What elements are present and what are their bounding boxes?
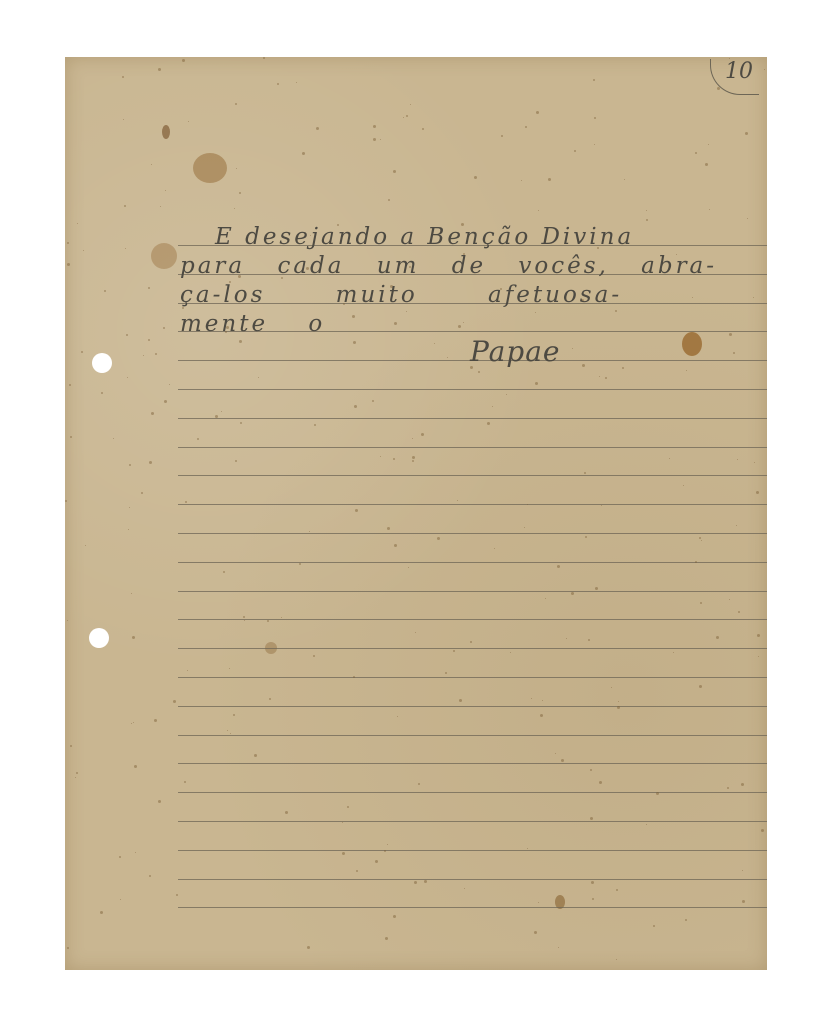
- speckle: [125, 248, 126, 249]
- speckle: [234, 208, 235, 209]
- speckle: [151, 412, 154, 415]
- speckle: [267, 620, 269, 622]
- punch-hole: [89, 628, 109, 648]
- speckle: [155, 353, 157, 355]
- speckle: [458, 325, 461, 328]
- speckle: [235, 460, 237, 462]
- speckle: [761, 829, 764, 832]
- speckle: [593, 79, 595, 81]
- speckle: [764, 69, 765, 70]
- speckle: [158, 68, 161, 71]
- ruled-line: [178, 389, 767, 390]
- stain: [162, 125, 170, 139]
- handwritten-line-2: para cada um de vocês, abra-: [180, 253, 717, 279]
- ruled-line: [178, 735, 767, 736]
- speckle: [756, 491, 759, 494]
- speckle: [594, 117, 596, 119]
- speckle: [69, 384, 71, 386]
- speckle: [314, 424, 316, 426]
- speckle: [124, 205, 126, 207]
- speckle: [184, 781, 186, 783]
- speckle: [354, 405, 357, 408]
- speckle: [616, 889, 618, 891]
- speckle: [406, 311, 407, 312]
- speckle: [302, 152, 305, 155]
- speckle: [388, 199, 390, 201]
- speckle: [535, 312, 536, 313]
- ruled-line: [178, 907, 767, 908]
- speckle: [129, 464, 131, 466]
- speckle: [747, 218, 748, 219]
- speckle: [457, 500, 458, 501]
- speckle: [70, 745, 72, 747]
- ruled-line: [178, 447, 767, 448]
- speckle: [230, 733, 231, 734]
- speckle: [571, 592, 574, 595]
- speckle: [76, 772, 78, 774]
- speckle: [501, 135, 503, 137]
- speckle: [387, 844, 388, 845]
- speckle: [699, 685, 702, 688]
- speckle: [695, 152, 697, 154]
- speckle: [148, 287, 150, 289]
- speckle: [590, 769, 592, 771]
- speckle: [574, 150, 576, 152]
- speckle: [605, 377, 607, 379]
- speckle: [406, 115, 408, 117]
- speckle: [67, 263, 70, 266]
- speckle: [692, 297, 693, 298]
- speckle: [695, 561, 697, 563]
- speckle: [342, 822, 343, 823]
- speckle: [418, 783, 420, 785]
- speckle: [342, 852, 345, 855]
- speckle: [470, 641, 472, 643]
- speckle: [708, 144, 709, 145]
- speckle: [599, 376, 600, 377]
- speckle: [128, 529, 129, 530]
- speckle: [165, 190, 166, 191]
- speckle: [67, 947, 69, 949]
- speckle: [277, 83, 279, 85]
- speckle: [355, 509, 358, 512]
- speckle: [424, 880, 427, 883]
- speckle: [753, 297, 754, 298]
- speckle: [353, 341, 356, 344]
- speckle: [727, 787, 729, 789]
- speckle: [422, 128, 424, 130]
- speckle: [558, 947, 559, 948]
- speckle: [239, 340, 242, 343]
- speckle: [239, 192, 241, 194]
- speckle: [646, 219, 648, 221]
- speckle: [410, 104, 411, 105]
- speckle: [375, 860, 378, 863]
- speckle: [729, 599, 730, 600]
- speckle: [525, 126, 527, 128]
- speckle: [506, 394, 507, 395]
- speckle: [745, 132, 748, 135]
- speckle: [372, 400, 374, 402]
- speckle: [584, 472, 586, 474]
- speckle: [742, 900, 745, 903]
- speckle: [132, 636, 135, 639]
- speckle: [412, 460, 414, 462]
- speckle: [149, 875, 151, 877]
- punch-hole: [92, 353, 112, 373]
- speckle: [397, 716, 398, 717]
- ruled-line: [178, 562, 767, 563]
- speckle: [686, 370, 687, 371]
- speckle: [85, 545, 86, 546]
- speckle: [258, 377, 259, 378]
- speckle: [536, 111, 539, 114]
- speckle: [313, 655, 315, 657]
- speckle: [393, 170, 396, 173]
- speckle: [673, 652, 674, 653]
- speckle: [447, 357, 448, 358]
- ruled-line: [178, 850, 767, 851]
- speckle: [599, 781, 602, 784]
- speckle: [699, 537, 701, 539]
- speckle: [611, 687, 612, 688]
- speckle: [296, 82, 297, 83]
- speckle: [624, 179, 625, 180]
- speckle: [754, 462, 755, 463]
- speckle: [685, 919, 687, 921]
- ruled-line: [178, 677, 767, 678]
- speckle: [601, 505, 602, 506]
- speckle: [221, 411, 222, 412]
- stain: [151, 243, 177, 269]
- speckle: [307, 946, 310, 949]
- speckle: [356, 870, 358, 872]
- speckle: [223, 571, 225, 573]
- handwritten-line-4: mente o: [180, 311, 325, 337]
- handwritten-line-1: E desejando a Benção Divina: [215, 224, 634, 250]
- speckle: [615, 310, 617, 312]
- ruled-line: [178, 591, 767, 592]
- speckle: [474, 176, 477, 179]
- speckle: [81, 351, 83, 353]
- speckle: [618, 701, 619, 702]
- speckle: [700, 602, 702, 604]
- speckle: [595, 587, 598, 590]
- ruled-line: [178, 879, 767, 880]
- speckle: [394, 544, 397, 547]
- speckle: [669, 458, 670, 459]
- speckle: [151, 164, 152, 165]
- speckle: [535, 382, 538, 385]
- speckle: [582, 364, 585, 367]
- speckle: [594, 144, 595, 145]
- speckle: [572, 348, 573, 349]
- speckle: [101, 392, 103, 394]
- speckle: [269, 698, 271, 700]
- speckle: [385, 937, 388, 940]
- speckle: [616, 959, 617, 960]
- speckle: [133, 722, 134, 723]
- speckle: [510, 652, 511, 653]
- speckle: [215, 415, 218, 418]
- speckle: [254, 754, 257, 757]
- speckle: [113, 438, 114, 439]
- speckle: [244, 620, 245, 621]
- speckle: [233, 714, 235, 716]
- speckle: [653, 925, 655, 927]
- speckle: [131, 723, 132, 724]
- speckle: [738, 611, 740, 613]
- stain: [682, 332, 702, 356]
- speckle: [459, 699, 462, 702]
- speckle: [373, 138, 376, 141]
- speckle: [281, 617, 282, 618]
- ruled-line: [178, 706, 767, 707]
- speckle: [143, 355, 144, 356]
- ruled-line: [178, 792, 767, 793]
- speckle: [733, 352, 735, 354]
- speckle: [316, 127, 319, 130]
- speckle: [561, 759, 564, 762]
- speckle: [709, 209, 710, 210]
- speckle: [437, 537, 440, 540]
- speckle: [487, 422, 490, 425]
- speckle: [540, 714, 543, 717]
- speckle: [545, 598, 546, 599]
- speckle: [412, 438, 413, 439]
- speckle: [65, 500, 67, 502]
- speckle: [555, 753, 556, 754]
- speckle: [352, 315, 355, 318]
- speckle: [309, 531, 310, 532]
- letter-page: 10 E desejando a Benção Divina para cada…: [65, 57, 767, 970]
- speckle: [393, 915, 396, 918]
- speckle: [188, 121, 189, 122]
- speckle: [299, 563, 301, 565]
- speckle: [538, 902, 539, 903]
- speckle: [380, 139, 381, 140]
- ruled-line: [178, 533, 767, 534]
- speckle: [701, 540, 702, 541]
- speckle: [737, 459, 738, 460]
- speckle: [716, 636, 719, 639]
- ruled-line: [178, 475, 767, 476]
- speckle: [185, 501, 187, 503]
- speckle: [353, 676, 355, 678]
- speckle: [646, 210, 647, 211]
- speckle: [717, 87, 720, 90]
- speckle: [347, 806, 349, 808]
- speckle: [148, 339, 150, 341]
- speckle: [126, 334, 128, 336]
- speckle: [384, 850, 386, 852]
- speckle: [705, 163, 708, 166]
- speckle: [557, 565, 560, 568]
- speckle: [235, 103, 237, 105]
- ruled-line: [178, 821, 767, 822]
- speckle: [380, 456, 381, 457]
- speckle: [187, 670, 188, 671]
- speckle: [408, 567, 409, 568]
- speckle: [77, 223, 78, 224]
- speckle: [123, 119, 124, 120]
- speckle: [445, 672, 447, 674]
- speckle: [163, 327, 165, 329]
- speckle: [229, 668, 230, 669]
- speckle: [548, 178, 551, 181]
- speckle: [169, 384, 170, 385]
- speckle: [542, 700, 543, 701]
- stain: [193, 153, 227, 183]
- speckle: [240, 422, 242, 424]
- signature: Papae: [470, 335, 560, 368]
- speckle: [67, 242, 69, 244]
- speckle: [120, 899, 121, 900]
- speckle: [591, 881, 594, 884]
- speckle: [173, 700, 176, 703]
- speckle: [243, 616, 245, 618]
- speckle: [521, 180, 522, 181]
- speckle: [414, 881, 417, 884]
- speckle: [141, 492, 143, 494]
- speckle: [394, 322, 397, 325]
- speckle: [742, 870, 743, 871]
- speckle: [236, 168, 237, 169]
- speckle: [104, 290, 106, 292]
- speckle: [434, 343, 435, 344]
- speckle: [524, 527, 525, 528]
- speckle: [585, 536, 587, 538]
- speckle: [588, 639, 590, 641]
- speckle: [176, 894, 178, 896]
- speckle: [285, 811, 288, 814]
- speckle: [656, 792, 659, 795]
- speckle: [757, 634, 760, 637]
- speckle: [122, 76, 124, 78]
- handwritten-line-3: ça-los muito afetuosa-: [180, 282, 622, 308]
- speckle: [758, 656, 759, 657]
- speckle: [129, 507, 130, 508]
- speckle: [160, 206, 161, 207]
- speckle: [415, 632, 416, 633]
- speckle: [527, 504, 528, 505]
- speckle: [463, 322, 464, 323]
- ruled-line: [178, 648, 767, 649]
- speckle: [453, 650, 455, 652]
- speckle: [534, 931, 537, 934]
- speckle: [478, 371, 480, 373]
- speckle: [736, 525, 737, 526]
- speckle: [492, 406, 493, 407]
- speckle: [100, 911, 103, 914]
- speckle: [592, 898, 594, 900]
- speckle: [119, 856, 121, 858]
- speckle: [683, 485, 684, 486]
- speckle: [387, 527, 390, 530]
- speckle: [566, 638, 567, 639]
- speckle: [227, 730, 228, 731]
- speckle: [590, 817, 593, 820]
- ruled-line: [178, 418, 767, 419]
- speckle: [154, 719, 157, 722]
- speckle: [149, 461, 152, 464]
- speckle: [158, 800, 161, 803]
- speckle: [646, 824, 647, 825]
- speckle: [131, 593, 132, 594]
- speckle: [70, 436, 72, 438]
- speckle: [373, 125, 376, 128]
- speckle: [729, 333, 732, 336]
- speckle: [622, 367, 624, 369]
- speckle: [135, 852, 136, 853]
- speckle: [421, 433, 424, 436]
- speckle: [197, 438, 199, 440]
- speckle: [531, 698, 532, 699]
- ruled-line: [178, 504, 767, 505]
- speckle: [729, 58, 730, 59]
- speckle: [75, 777, 76, 778]
- speckle: [263, 57, 265, 59]
- speckle: [164, 400, 167, 403]
- speckle: [538, 210, 539, 211]
- speckle: [412, 456, 415, 459]
- speckle: [617, 706, 620, 709]
- speckle: [393, 458, 395, 460]
- speckle: [127, 377, 128, 378]
- speckle: [403, 117, 404, 118]
- speckle: [134, 765, 137, 768]
- speckle: [464, 888, 465, 889]
- speckle: [741, 783, 744, 786]
- speckle: [83, 250, 84, 251]
- speckle: [182, 59, 185, 62]
- speckle: [494, 548, 495, 549]
- ruled-line: [178, 763, 767, 764]
- speckle: [67, 620, 68, 621]
- speckle: [527, 848, 528, 849]
